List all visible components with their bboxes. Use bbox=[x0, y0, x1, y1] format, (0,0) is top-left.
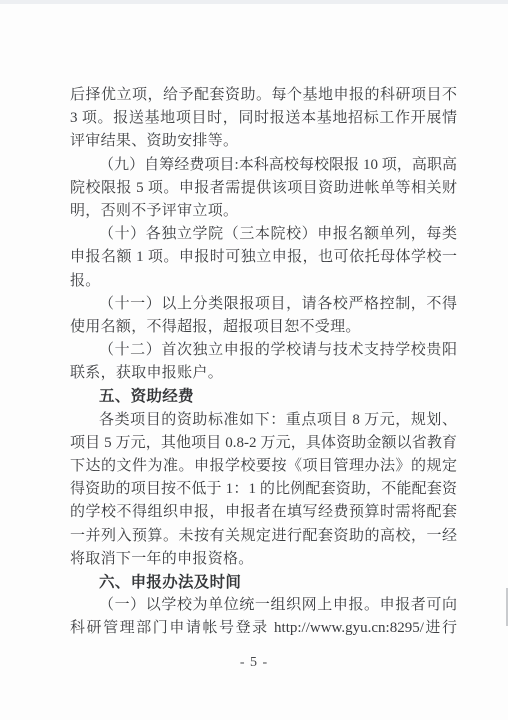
page-number: - 5 - bbox=[0, 655, 508, 671]
text-line: 评审结果、资助安排等。 bbox=[70, 130, 457, 153]
document-body: 后择优立项，给予配套资助。每个基地申报的科研项目不超过 3 项。报送基地项目时，… bbox=[70, 84, 457, 641]
text-line: （十二）首次独立申报的学校请与技术支持学校贵阳学院 bbox=[70, 339, 457, 362]
text-line: 得资助的项目按不低于 1：1 的比例配套资助，不能配套资助 bbox=[70, 478, 457, 501]
text-line: 各类项目的资助标准如下：重点项目 8 万元，规划、青年 bbox=[70, 409, 457, 432]
text-line: （十一）以上分类限报项目，请各校严格控制，不得交叉 bbox=[70, 293, 457, 316]
text-line: 报。 bbox=[70, 270, 457, 293]
text-line: （十）各独立学院（三本院校）申报名额单列，每类项目 bbox=[70, 223, 457, 246]
text-line: 后择优立项，给予配套资助。每个基地申报的科研项目不超过 bbox=[70, 84, 457, 107]
top-edge-band bbox=[0, 0, 508, 4]
text-line: 项目 5 万元，其他项目 0.8-2 万元，具体资助金额以省教育厅 bbox=[70, 432, 457, 455]
text-line: 的学校不得组织申报，申报者在填写经费预算时需将配套经费 bbox=[70, 501, 457, 524]
text-line: 3 项。报送基地项目时，同时报送本基地招标工作开展情况、 bbox=[70, 107, 457, 130]
text-line: 明，否则不予评审立项。 bbox=[70, 200, 457, 223]
scanned-document-page: { "colors": { "background": "#fdfdfd", "… bbox=[0, 0, 508, 720]
text-line: （一）以学校为单位统一组织网上申报。申报者可向学校 bbox=[70, 594, 457, 617]
text-line: 申报名额 1 项。申报时可独立申报，也可依托母体学校一并申 bbox=[70, 246, 457, 269]
text-line: 一并列入预算。未按有关规定进行配套资助的高校，一经查处， bbox=[70, 525, 457, 548]
text-line: 使用名额，不得超报，超报项目恕不受理。 bbox=[70, 316, 457, 339]
text-line: 联系，获取申报账户。 bbox=[70, 362, 457, 385]
section-heading-funding: 五、资助经费 bbox=[70, 385, 457, 408]
text-line: 科研管理部门申请帐号登录 http://www.gyu.cn:8295/进行 bbox=[70, 617, 457, 640]
section-heading-method: 六、申报办法及时间 bbox=[70, 571, 457, 594]
text-line: 下达的文件为准。申报学校要按《项目管理办法》的规定为获 bbox=[70, 455, 457, 478]
text-line: 院校限报 5 项。申报者需提供该项目资助进帐单等相关财务证 bbox=[70, 177, 457, 200]
text-line: 将取消下一年的申报资格。 bbox=[70, 548, 457, 571]
text-line: （九）自筹经费项目:本科高校每校限报 10 项，高职高专 bbox=[70, 154, 457, 177]
